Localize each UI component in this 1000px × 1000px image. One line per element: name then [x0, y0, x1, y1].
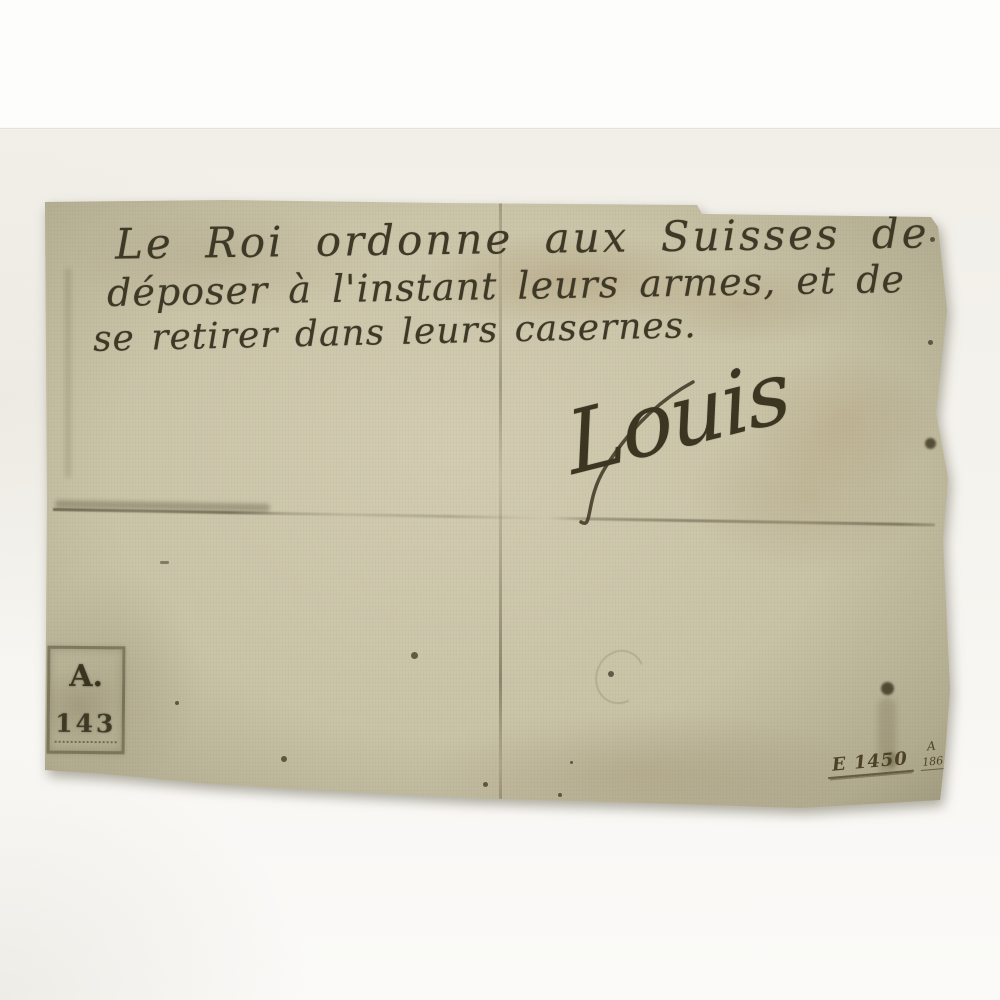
archive-stamp-letter: A. [69, 659, 103, 694]
ink-spot [930, 237, 935, 242]
ink-spot [608, 671, 614, 677]
ink-spot [483, 782, 488, 787]
catalog-reference-suffix: A 186 [918, 738, 946, 771]
ink-spot [558, 793, 562, 797]
catalog-reference-letter: A [926, 739, 936, 754]
catalog-reference-number: 186 [920, 754, 946, 771]
ink-spot [281, 756, 287, 762]
manuscript-sheet: Le Roi ordonne aux Suisses de déposer à … [45, 200, 950, 815]
ink-spot [570, 761, 573, 764]
ink-spot [175, 701, 179, 705]
ink-spot [411, 652, 418, 659]
ink-spot [928, 340, 933, 345]
photograph-of-manuscript: Le Roi ordonne aux Suisses de déposer à … [0, 0, 1000, 1000]
ink-spot [160, 561, 169, 564]
ink-spot [925, 438, 936, 449]
photo-print-band-edge [0, 128, 1000, 129]
ink-spot [881, 682, 894, 695]
archive-stamp-number: 143 [55, 709, 116, 744]
manuscript-sheet-shadow: Le Roi ordonne aux Suisses de déposer à … [45, 200, 950, 815]
archive-stamp: A. 143 [47, 646, 126, 755]
ink-streak [65, 268, 71, 478]
